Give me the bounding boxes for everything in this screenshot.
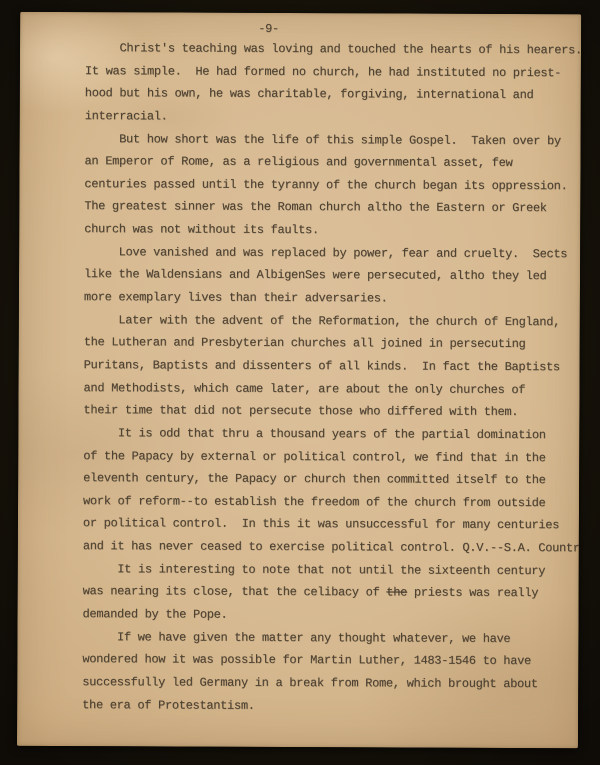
- typed-line: was nearing its close, that the celibacy…: [83, 580, 579, 605]
- typed-line: It is interesting to note that not until…: [83, 558, 579, 583]
- typed-text: the Lutheran and Presbyterian churches a…: [84, 335, 526, 351]
- typed-line: church was not without its faults.: [84, 218, 580, 243]
- typed-text: wondered how it was possible for Martin …: [82, 652, 531, 668]
- typed-text: interracial.: [85, 109, 168, 123]
- typed-line: hood but his own, he was charitable, for…: [85, 82, 581, 107]
- typed-line: successfully led Germany in a break from…: [82, 671, 578, 696]
- typed-line: eleventh century, the Papacy or church t…: [83, 467, 579, 492]
- typed-line: Later with the advent of the Reformation…: [84, 309, 580, 334]
- struck-word: the: [386, 586, 407, 600]
- typed-text: hood but his own, he was charitable, for…: [85, 86, 534, 102]
- typed-line: interracial.: [85, 105, 581, 130]
- typed-text: successfully led Germany in a break from…: [82, 675, 538, 691]
- typed-line: the era of Protestantism.: [82, 694, 578, 719]
- typed-text: If we have given the matter any thought …: [82, 630, 510, 646]
- typed-text: centuries passed until the tyranny of th…: [84, 177, 567, 193]
- typed-line: Love vanished and was replaced by power,…: [84, 241, 580, 266]
- typed-line: more exemplary lives than their adversar…: [84, 286, 580, 311]
- typed-line: their time that did not persecute those …: [83, 399, 579, 424]
- typed-line: and Methodists, which came later, are ab…: [83, 377, 579, 402]
- typed-line: like the Waldensians and AlbigenSes were…: [84, 264, 580, 289]
- typed-line: demanded by the Pope.: [82, 603, 578, 628]
- typed-text: or political control. In this it was uns…: [83, 517, 559, 533]
- typed-line: wondered how it was possible for Martin …: [82, 648, 578, 673]
- typed-line: an Emperor of Rome, as a religious and g…: [84, 150, 580, 175]
- typed-text: It is interesting to note that not until…: [83, 562, 545, 578]
- typed-text: and Methodists, which came later, are ab…: [84, 381, 526, 397]
- typed-line: But how short was the life of this simpl…: [85, 128, 581, 153]
- typed-text: the era of Protestantism.: [82, 698, 255, 713]
- typed-text: The greatest sinner was the Roman church…: [84, 200, 546, 216]
- typed-line: If we have given the matter any thought …: [82, 626, 578, 651]
- typed-text: It was simple. He had formed no church, …: [85, 64, 561, 80]
- typed-text: Puritans, Baptists and dissenters of all…: [84, 358, 560, 374]
- typed-text: church was not without its faults.: [84, 222, 319, 237]
- typed-text: demanded by the Pope.: [83, 607, 228, 622]
- typed-text: and it has never ceased to exercise poli…: [83, 539, 581, 555]
- typed-line: Puritans, Baptists and dissenters of all…: [84, 354, 580, 379]
- typed-text: was nearing its close, that the celibacy…: [83, 584, 387, 599]
- typed-text: Love vanished and was replaced by power,…: [84, 245, 567, 261]
- typed-text-block: Christ's teaching was loving and touched…: [82, 37, 581, 748]
- typed-line: Christ's teaching was loving and touched…: [85, 37, 581, 62]
- typed-line: It is odd that thru a thousand years of …: [83, 422, 579, 447]
- typed-line: It was simple. He had formed no church, …: [85, 60, 581, 85]
- typed-text: their time that did not persecute those …: [83, 403, 518, 419]
- typed-text: more exemplary lives than their adversar…: [84, 290, 388, 305]
- typed-line: or political control. In this it was uns…: [83, 513, 579, 538]
- typed-text: Christ's teaching was loving and touched…: [85, 41, 581, 57]
- typed-line: the Lutheran and Presbyterian churches a…: [84, 331, 580, 356]
- typed-line: work of reform--to establish the freedom…: [83, 490, 579, 515]
- typed-text: But how short was the life of this simpl…: [85, 132, 561, 148]
- typed-text: It is odd that thru a thousand years of …: [83, 426, 545, 442]
- paper-page: -9- Christ's teaching was loving and tou…: [17, 12, 581, 748]
- typed-text: of the Papacy by external or political c…: [83, 449, 545, 465]
- typed-text: an Emperor of Rome, as a religious and g…: [84, 154, 512, 170]
- typed-text: Later with the advent of the Reformation…: [84, 313, 560, 329]
- typed-line: The greatest sinner was the Roman church…: [84, 196, 580, 221]
- typed-line: of the Papacy by external or political c…: [83, 445, 579, 470]
- scan-background: -9- Christ's teaching was loving and tou…: [0, 0, 600, 765]
- typed-text: work of reform--to establish the freedom…: [83, 494, 545, 510]
- page-number: -9-: [20, 21, 517, 37]
- typed-text: like the Waldensians and AlbigenSes were…: [84, 268, 546, 284]
- typed-line: centuries passed until the tyranny of th…: [84, 173, 580, 198]
- typed-text: eleventh century, the Papacy or church t…: [83, 471, 545, 487]
- typed-text: priests was really: [407, 586, 538, 601]
- typed-line: and it has never ceased to exercise poli…: [83, 535, 579, 560]
